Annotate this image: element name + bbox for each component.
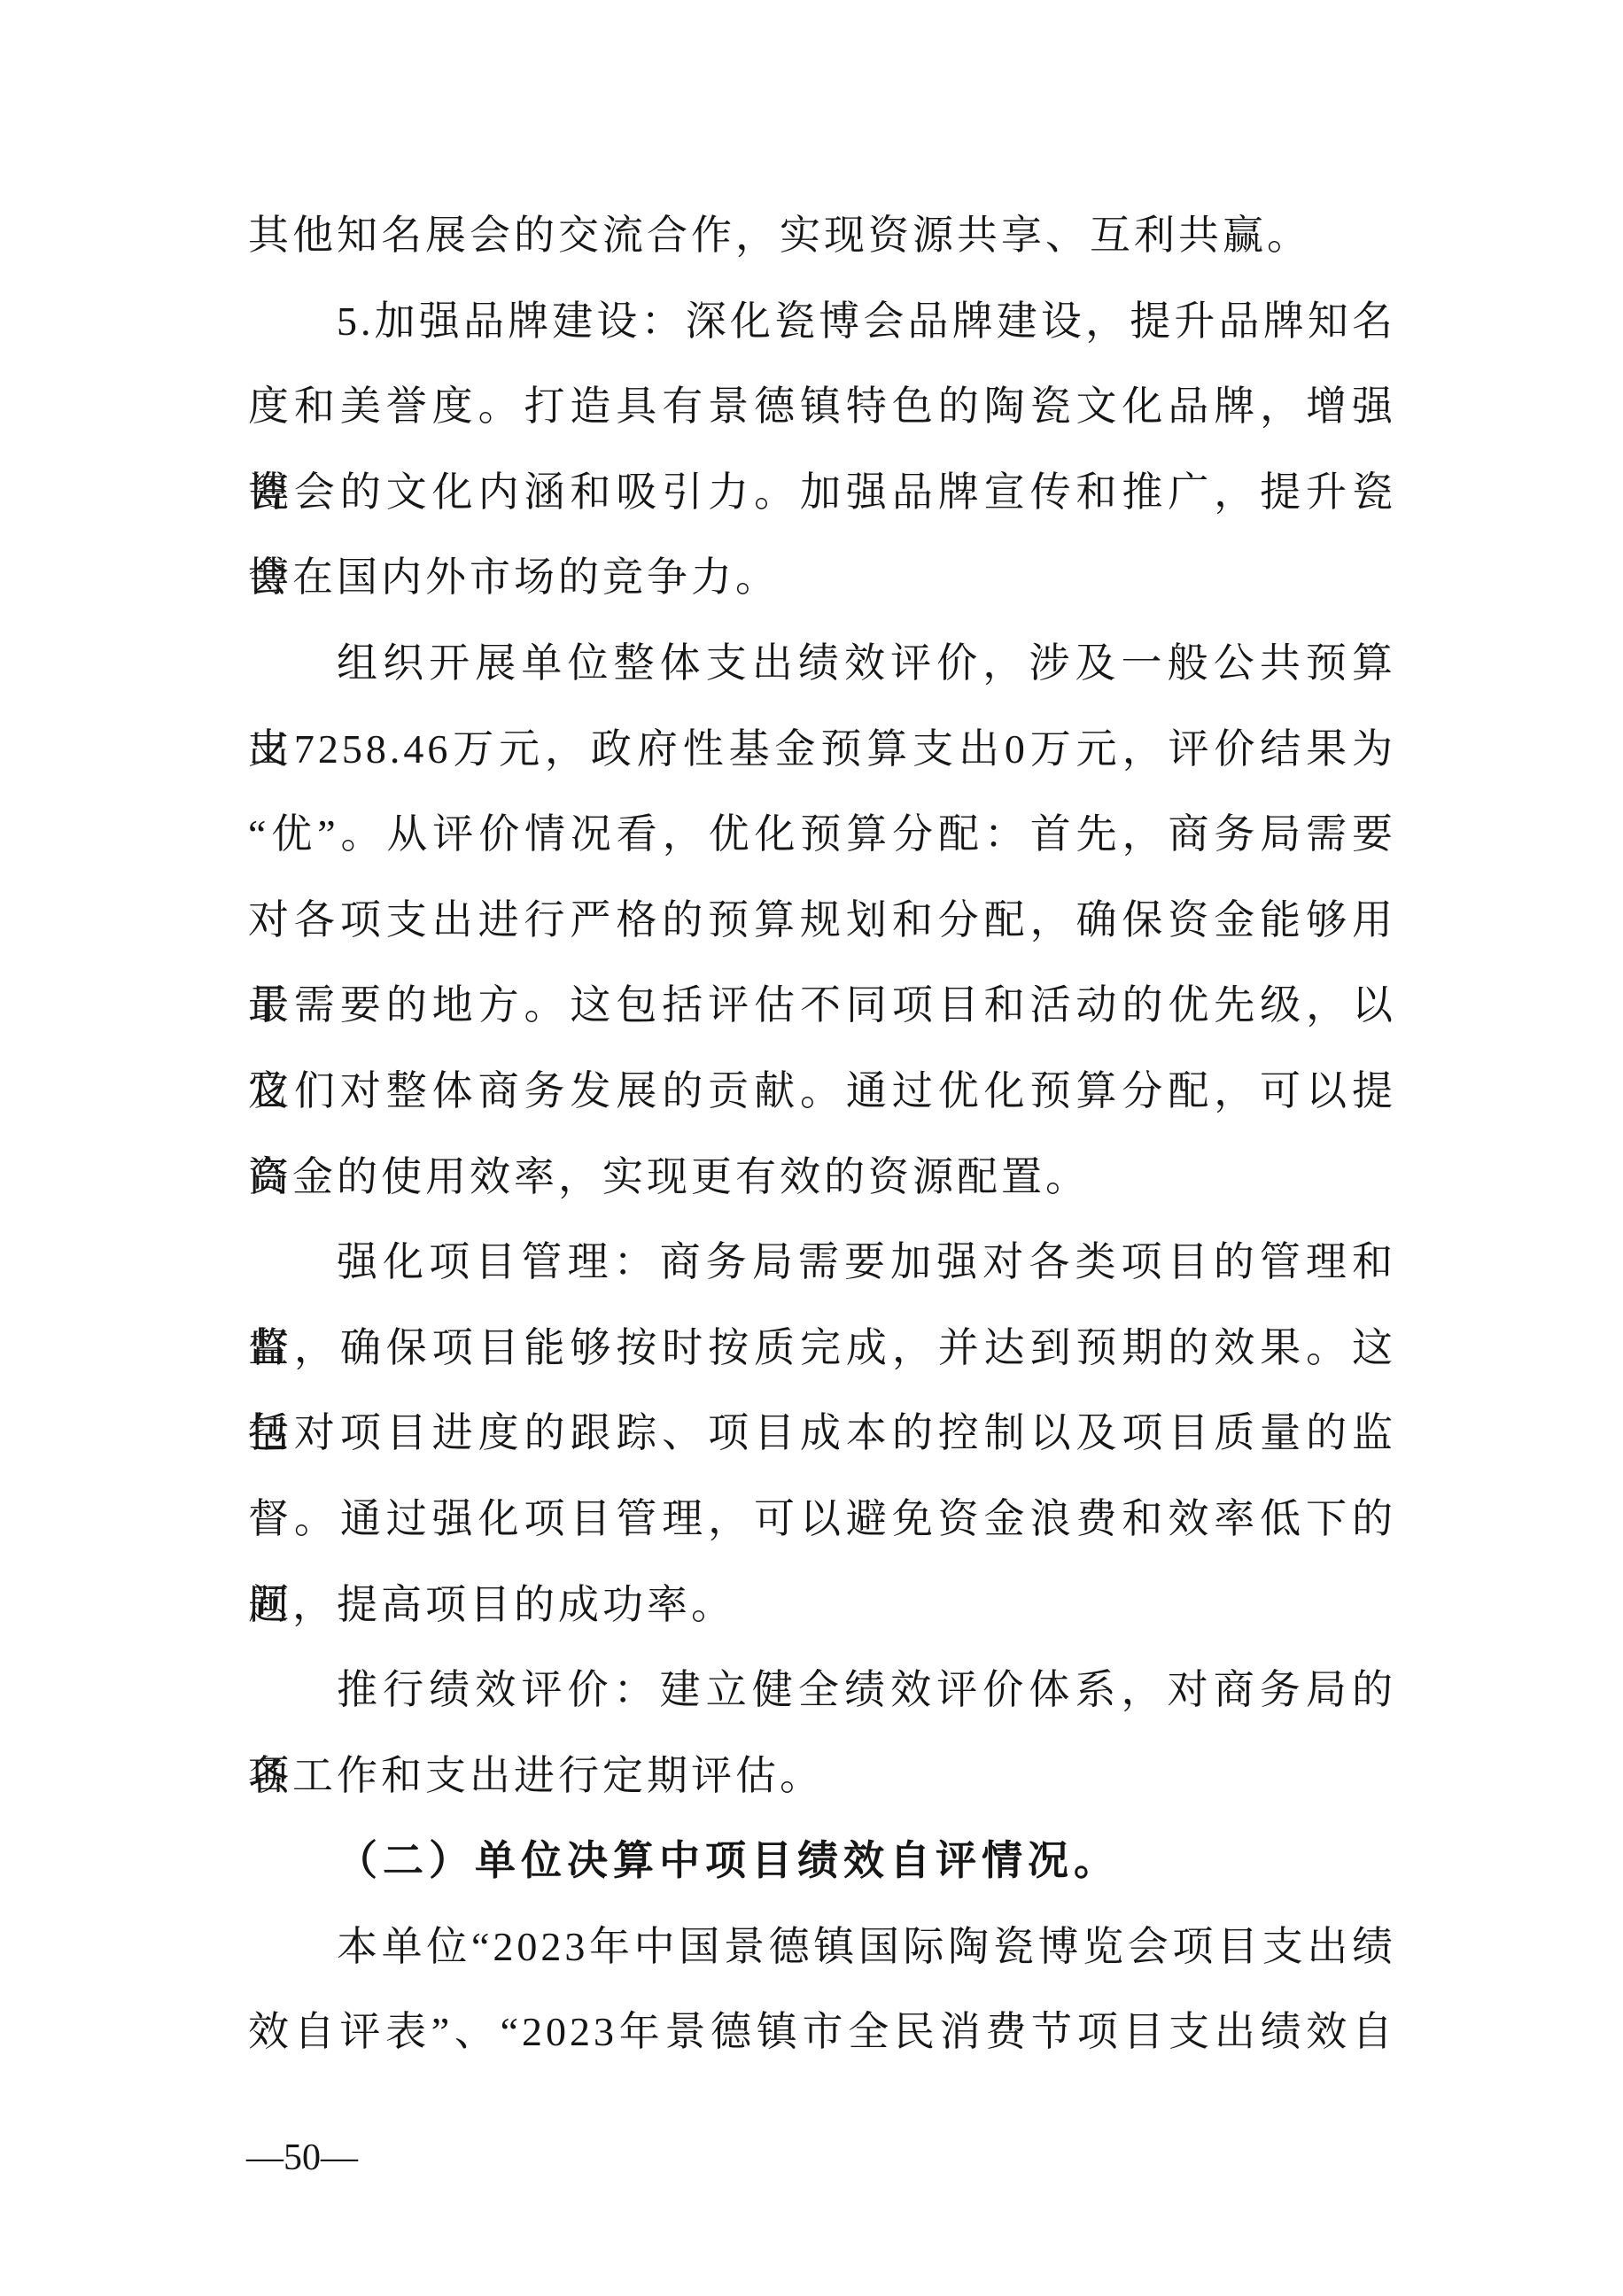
text-line: 效自评表”、“2023年景德镇市全民消费节项目支出绩效自 — [248, 1990, 1396, 2075]
page-number: —50— — [246, 2133, 358, 2183]
text-line: 资金的使用效率，实现更有效的资源配置。 — [248, 1135, 1396, 1221]
text-line: 题，提高项目的成功率。 — [248, 1563, 1396, 1648]
text-line: 5.加强品牌建设：深化瓷博会品牌建设，提升品牌知名 — [248, 279, 1396, 365]
text-line: 督，确保项目能够按时按质完成，并达到预期的效果。这包 — [248, 1306, 1396, 1392]
text-line: 它们对整体商务发展的贡献。通过优化预算分配，可以提高 — [248, 1049, 1396, 1135]
section-heading: （二）单位决算中项目绩效自评情况。 — [248, 1819, 1396, 1904]
text-line: 强化项目管理：商务局需要加强对各类项目的管理和监 — [248, 1220, 1396, 1306]
text-line: 度和美誉度。打造具有景德镇特色的陶瓷文化品牌，增强瓷 — [248, 364, 1396, 450]
text-line: 督。通过强化项目管理，可以避免资金浪费和效率低下的问 — [248, 1477, 1396, 1563]
text-line: 对各项支出进行严格的预算规划和分配，确保资金能够用于 — [248, 878, 1396, 964]
document-page: 其他知名展会的交流合作，实现资源共享、互利共赢。 5.加强品牌建设：深化瓷博会品… — [0, 0, 1623, 2296]
document-body: 其他知名展会的交流合作，实现资源共享、互利共赢。 5.加强品牌建设：深化瓷博会品… — [248, 193, 1396, 2075]
text-line: 本单位“2023年中国景德镇国际陶瓷博览会项目支出绩 — [248, 1904, 1396, 1990]
text-line: 括对项目进度的跟踪、项目成本的控制以及项目质量的监 — [248, 1391, 1396, 1477]
text-line: 最需要的地方。这包括评估不同项目和活动的优先级，以及 — [248, 963, 1396, 1049]
text-line: 出7258.46万元，政府性基金预算支出0万元，评价结果为 — [248, 707, 1396, 793]
text-line: 推行绩效评价：建立健全绩效评价体系，对商务局的各 — [248, 1648, 1396, 1734]
text-line: 其他知名展会的交流合作，实现资源共享、互利共赢。 — [248, 193, 1396, 279]
text-line: 博会的文化内涵和吸引力。加强品牌宣传和推广，提升瓷博 — [248, 450, 1396, 536]
text-line: 组织开展单位整体支出绩效评价，涉及一般公共预算支 — [248, 621, 1396, 707]
text-line: “优”。从评价情况看，优化预算分配：首先，商务局需要 — [248, 792, 1396, 878]
text-line: 会在国内外市场的竞争力。 — [248, 535, 1396, 621]
text-line: 项工作和支出进行定期评估。 — [248, 1734, 1396, 1819]
